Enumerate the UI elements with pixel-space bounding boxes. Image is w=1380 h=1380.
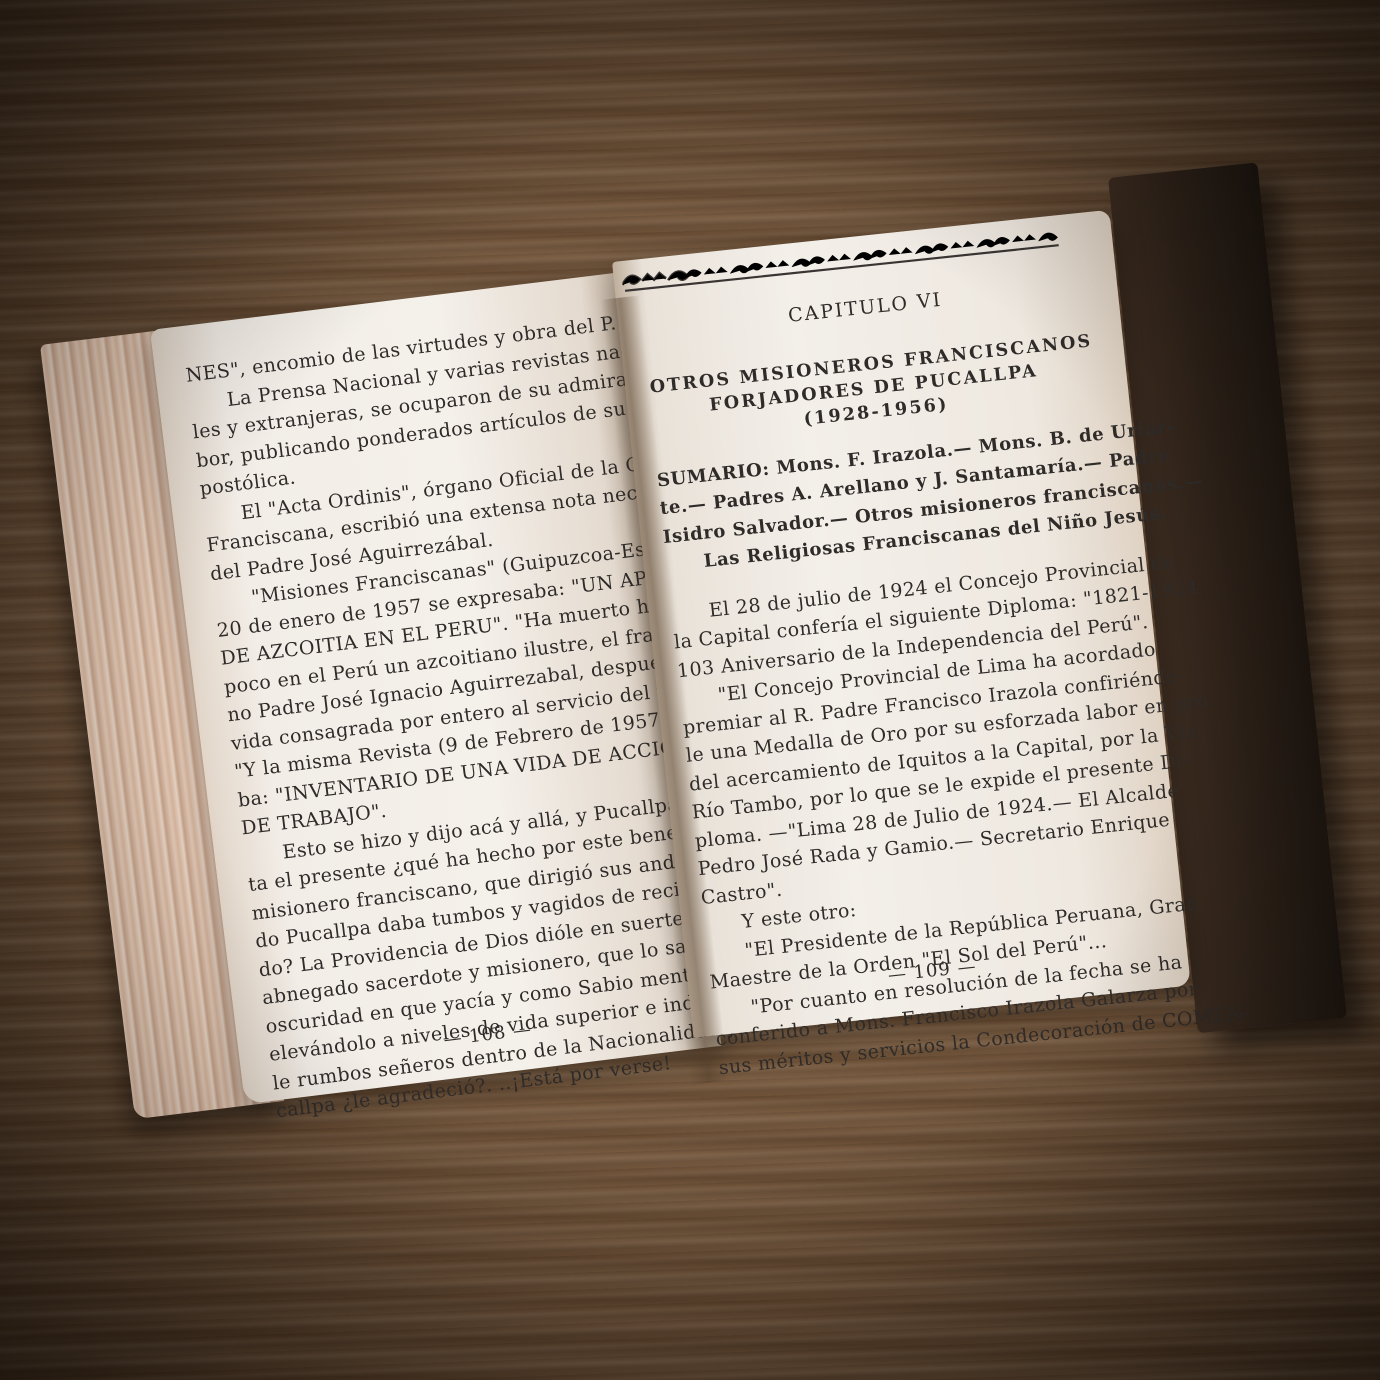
chapter-summary: SUMARIO: Mons. F. Irazola.— Mons. B. de … — [656, 420, 1115, 580]
right-page-text: CAPITULO VI OTROS MISIONEROS FRANCISCANO… — [638, 248, 1168, 1082]
open-book: NES", encomio de las virtudes y obra del… — [0, 0, 1380, 1380]
chapter-body: El 28 de julio de 1924 el Concejo Provin… — [670, 553, 1168, 1082]
